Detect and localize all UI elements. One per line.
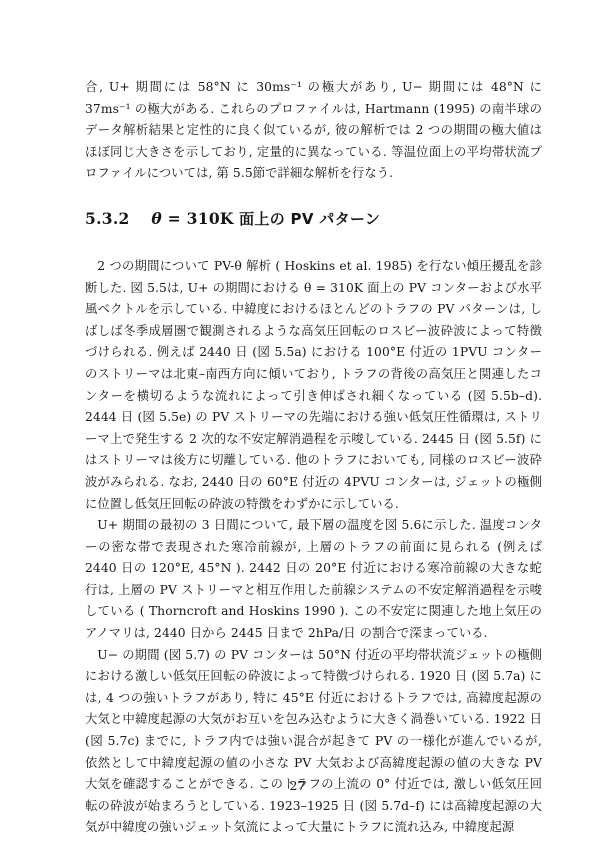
section-title-theta: θ (151, 209, 162, 228)
paragraph-continuation: 合, U+ 期間には 58°N に 30ms⁻¹ の極大があり, U− 期間には… (85, 77, 542, 185)
section-title-text: 面上の PV パターン (239, 210, 380, 228)
paragraph-pv-theta-analysis: 2 つの期間について PV-θ 解析 ( Hoskins et al. 1985… (85, 256, 542, 515)
section-number: 5.3.2 (85, 209, 130, 228)
page-number: 27 (0, 778, 595, 793)
paragraph-uminus-period: U− の期間 (図 5.7) の PV コンターは 50°N 付近の平均帯状流ジ… (85, 645, 542, 839)
section-title-equation: = 310K (162, 209, 234, 228)
paragraph-uplus-temperature: U+ 期間の最初の 3 日間について, 最下層の温度を図 5.6に示した. 温度… (85, 515, 542, 645)
document-page: 合, U+ 期間には 58°N に 30ms⁻¹ の極大があり, U− 期間には… (0, 0, 595, 842)
page-content: 合, U+ 期間には 58°N に 30ms⁻¹ の極大があり, U− 期間には… (85, 77, 542, 839)
section-heading: 5.3.2θ = 310K面上の PV パターン (85, 208, 542, 229)
